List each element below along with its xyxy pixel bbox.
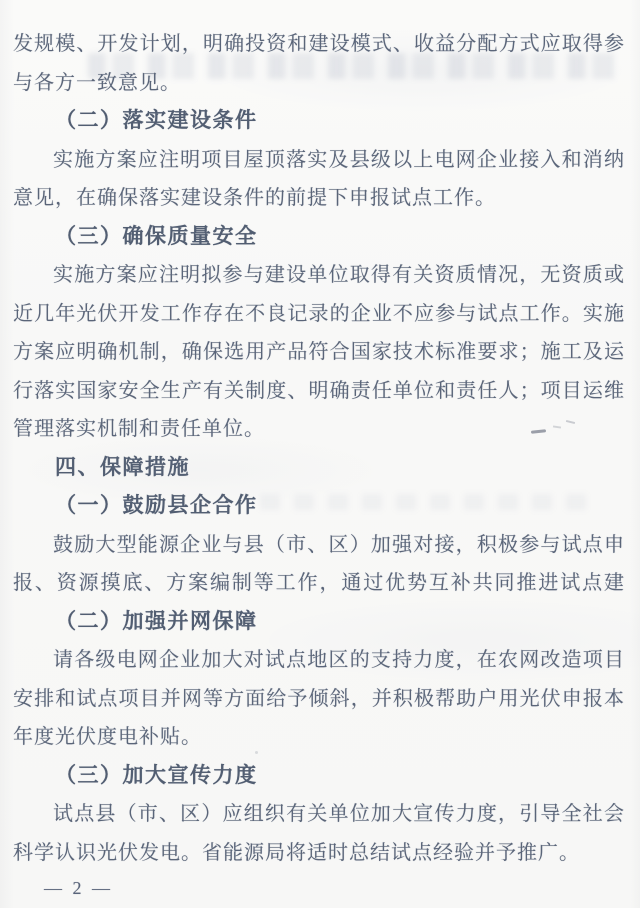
text-line: 实施方案应注明拟参与建设单位取得有关资质情况，无资质或 — [13, 256, 625, 295]
text-line: 年度光伏度电补贴。 — [13, 718, 625, 757]
section-heading: （二）加强并网保障 — [13, 603, 625, 642]
page-number: — 2 — — [13, 875, 625, 901]
text-line: 管理落实机制和责任单位。 — [13, 410, 625, 449]
document-body: 发规模、开发计划，明确投资和建设模式、收益分配方式应取得参 与各方一致意见。 （… — [13, 25, 625, 901]
text-line: 报、资源摸底、方案编制等工作，通过优势互补共同推进试点建设。 — [13, 564, 625, 603]
text-line: 科学认识光伏发电。省能源局将适时总结试点经验并予推广。 — [13, 834, 625, 873]
text-line: 实施方案应注明项目屋顶落实及县级以上电网企业接入和消纳 — [13, 141, 625, 180]
text-line: 鼓励大型能源企业与县（市、区）加强对接，积极参与试点申 — [13, 526, 625, 565]
text-line: 请各级电网企业加大对试点地区的支持力度，在农网改造项目 — [13, 641, 625, 680]
text-line: 试点县（市、区）应组织有关单位加大宣传力度，引导全社会 — [13, 795, 625, 834]
text-line: 意见，在确保落实建设条件的前提下申报试点工作。 — [13, 179, 625, 218]
text-line: 方案应明确机制，确保选用产品符合国家技术标准要求；施工及运 — [13, 333, 625, 372]
section-heading: （二）落实建设条件 — [13, 102, 625, 141]
text-line: 近几年光伏开发工作存在不良记录的企业不应参与试点工作。实施 — [13, 295, 625, 334]
text-line: 安排和试点项目并网等方面给予倾斜，并积极帮助户用光伏申报本 — [13, 680, 625, 719]
section-heading: 四、保障措施 — [13, 449, 625, 488]
text-line: 与各方一致意见。 — [13, 64, 625, 103]
text-line: 行落实国家安全生产有关制度、明确责任单位和责任人；项目运维 — [13, 372, 625, 411]
section-heading: （三）加大宣传力度 — [13, 757, 625, 796]
document-page: 发规模、开发计划，明确投资和建设模式、收益分配方式应取得参 与各方一致意见。 （… — [0, 0, 640, 908]
text-line: 发规模、开发计划，明确投资和建设模式、收益分配方式应取得参 — [13, 25, 625, 64]
section-heading: （一）鼓励县企合作 — [13, 487, 625, 526]
section-heading: （三）确保质量安全 — [13, 218, 625, 257]
